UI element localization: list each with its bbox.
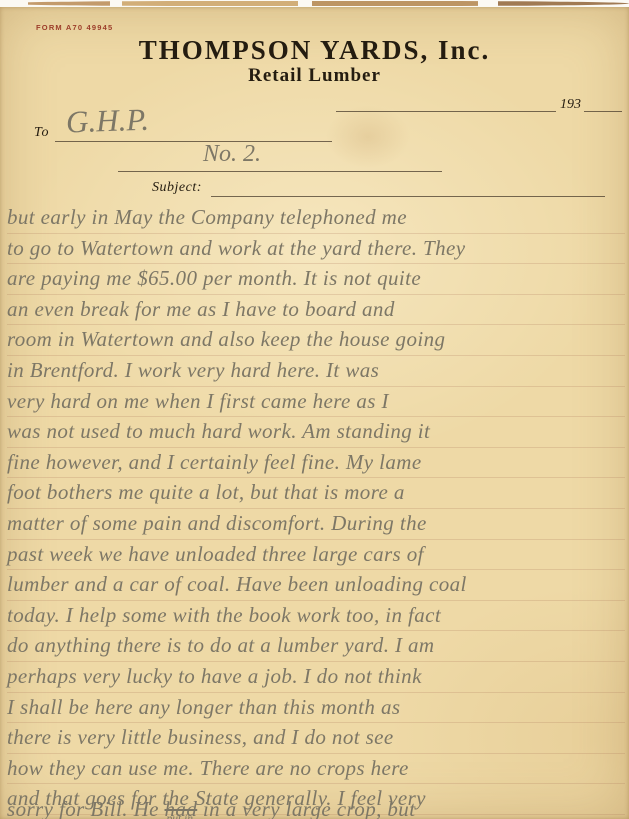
- correction-note: put in: [167, 814, 194, 819]
- handwritten-line: was not used to much hard work. Am stand…: [7, 417, 625, 448]
- handwritten-line: do anything there is to do at a lumber y…: [7, 631, 625, 662]
- page-number-line: [118, 156, 442, 172]
- handwritten-line: but early in May the Company telephoned …: [7, 203, 625, 234]
- handwritten-line: foot bothers me quite a lot, but that is…: [7, 478, 625, 509]
- handwritten-line: past week we have unloaded three large c…: [7, 540, 625, 571]
- final-line-pre: sorry for Bill. He: [7, 797, 165, 819]
- handwritten-line: an even break for me as I have to board …: [7, 295, 625, 326]
- date-line: [336, 96, 556, 112]
- date-line-short: [584, 96, 622, 112]
- subject-label: Subject:: [152, 180, 202, 196]
- subject-line: [211, 181, 605, 197]
- handwritten-line: how they can use me. There are no crops …: [7, 754, 625, 785]
- company-tagline: Retail Lumber: [0, 65, 629, 87]
- torn-paper-edge: [0, 1, 629, 6]
- letter-body: but early in May the Company telephoned …: [7, 203, 625, 819]
- scanned-letter: FORM A70 49945 THOMPSON YARDS, Inc. Reta…: [0, 0, 629, 819]
- handwritten-line: to go to Watertown and work at the yard …: [7, 234, 625, 265]
- handwritten-line: perhaps very lucky to have a job. I do n…: [7, 662, 625, 693]
- handwritten-line: fine however, and I certainly feel fine.…: [7, 448, 625, 479]
- handwritten-line: are paying me $65.00 per month. It is no…: [7, 264, 625, 295]
- struck-word: hadput in: [165, 797, 198, 819]
- handwritten-line: today. I help some with the book work to…: [7, 601, 625, 632]
- to-value-handwritten: G.H.P.: [65, 102, 149, 141]
- letter-paper: FORM A70 49945 THOMPSON YARDS, Inc. Reta…: [0, 7, 629, 819]
- handwritten-line: I shall be here any longer than this mon…: [7, 693, 625, 724]
- handwritten-line: matter of some pain and discomfort. Duri…: [7, 509, 625, 540]
- handwritten-line: in Brentford. I work very hard here. It …: [7, 356, 625, 387]
- handwritten-line: lumber and a car of coal. Have been unlo…: [7, 570, 625, 601]
- year-prefix: 193: [560, 97, 581, 113]
- handwritten-line-final: sorry for Bill. He hadput in in a very l…: [7, 795, 625, 819]
- handwritten-line: very hard on me when I first came here a…: [7, 387, 625, 418]
- handwritten-line: there is very little business, and I do …: [7, 723, 625, 754]
- page-number-handwritten: No. 2.: [203, 141, 261, 168]
- handwritten-line: room in Watertown and also keep the hous…: [7, 325, 625, 356]
- final-line-post: in a very large crop, but: [197, 797, 415, 819]
- to-label: To: [34, 125, 50, 141]
- company-name: THOMPSON YARDS, Inc.: [0, 35, 629, 66]
- form-number: FORM A70 49945: [36, 23, 113, 32]
